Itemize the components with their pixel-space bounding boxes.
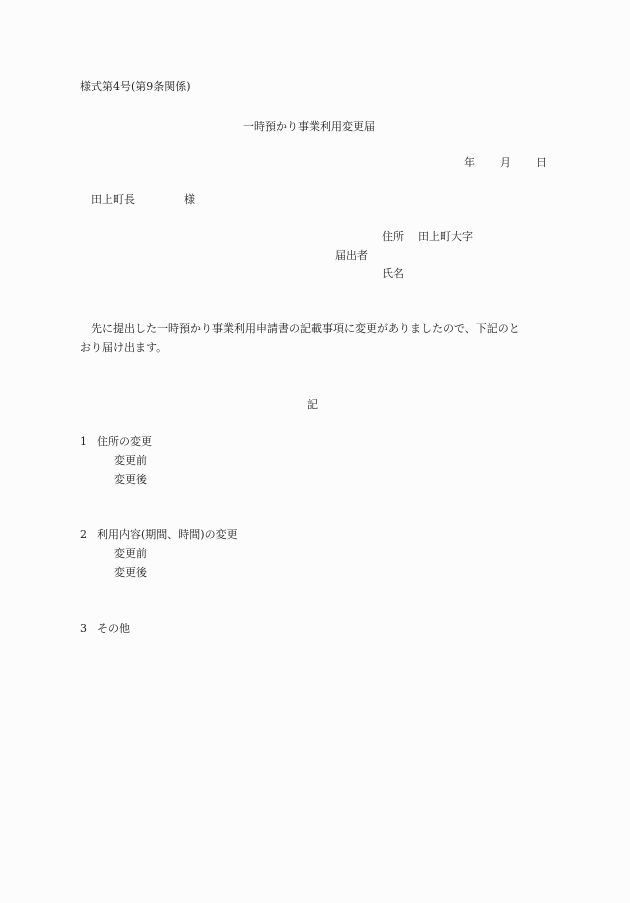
month-label: 月	[500, 157, 511, 168]
item-number: 2	[80, 529, 87, 540]
address-value: 田上町大字	[418, 231, 473, 242]
item-label: 住所の変更	[97, 436, 152, 447]
item-label: 利用内容(期間、時間)の変更	[97, 529, 238, 540]
form-number: 様式第4号(第9条関係)	[80, 81, 191, 92]
ki-heading: 記	[307, 399, 318, 410]
after-label: 変更後	[114, 567, 147, 578]
item-number: 3	[80, 623, 87, 634]
day-label: 日	[536, 157, 547, 168]
applicant-label: 届出者	[335, 250, 368, 261]
item-label: その他	[97, 623, 130, 634]
address-label: 住所	[382, 231, 404, 242]
name-label: 氏名	[382, 268, 404, 279]
addressee-honorific: 様	[184, 194, 195, 205]
item-number: 1	[80, 436, 87, 447]
body-line-2: おり届け出ます。	[80, 342, 167, 353]
year-label: 年	[464, 157, 475, 168]
body-line-1: 先に提出した一時預かり事業利用申請書の記載事項に変更がありましたので、下記のと	[91, 323, 520, 334]
addressee-name: 田上町長	[91, 194, 135, 205]
after-label: 変更後	[114, 474, 147, 485]
before-label: 変更前	[114, 548, 147, 559]
before-label: 変更前	[114, 455, 147, 466]
document-title: 一時預かり事業利用変更届	[243, 121, 375, 132]
